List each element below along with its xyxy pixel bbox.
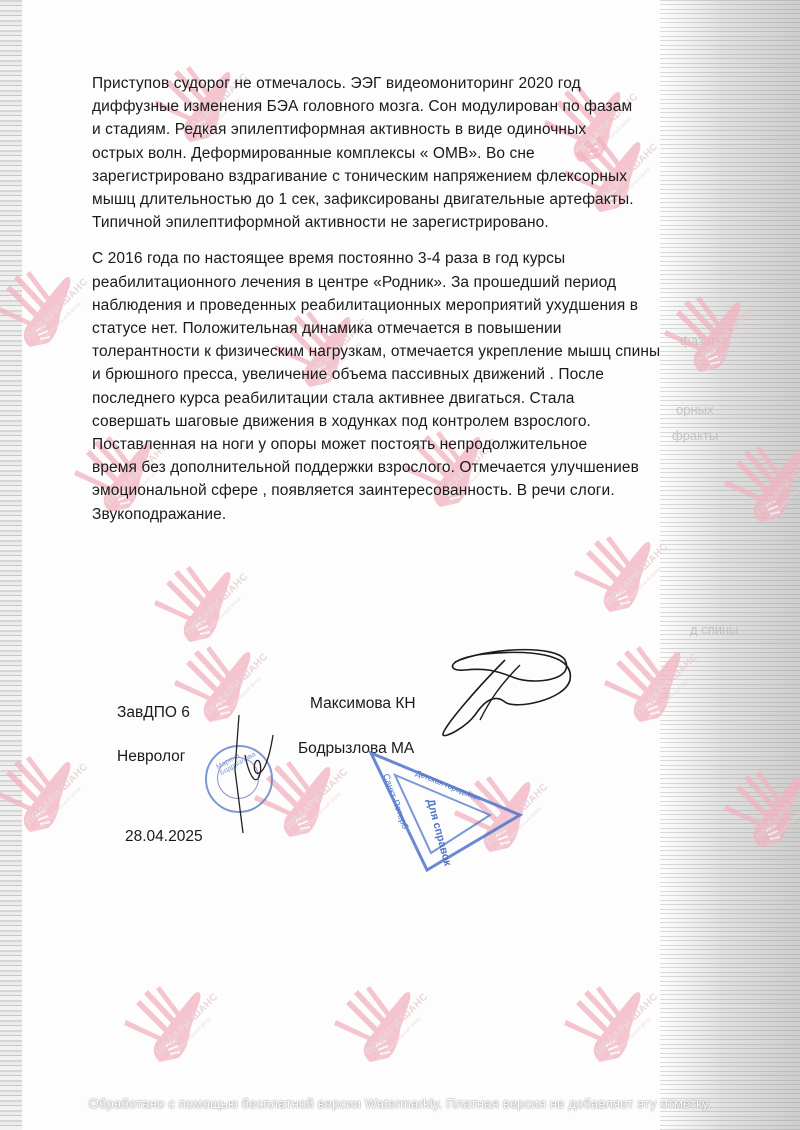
watermark-brand: ПОДАРИ ШАНС [594, 991, 660, 1057]
watermark-sub: благотворительный фонд [36, 301, 82, 347]
watermark-sub: благотворительный фонд [296, 791, 342, 837]
signer-name-1: Максимова КН [310, 695, 416, 713]
signature-stroke-icon [225, 715, 285, 835]
text-line: Звукоподражание. [92, 503, 732, 526]
charity-hand-logo-icon: ПОДАРИ ШАНСблаготворительный фонд [120, 980, 250, 1100]
text-line: мышц длительностью до 1 сек, зафиксирова… [92, 188, 732, 211]
watermark-brand: ПОДАРИ ШАНС [24, 276, 90, 342]
watermark-brand: ПОДАРИ ШАНС [364, 991, 430, 1057]
watermark-brand: ПОДАРИ ШАНС [204, 651, 270, 717]
position-head: ЗавДПО 6 [117, 704, 190, 722]
text-line: и брюшного пресса, увеличение объема пас… [92, 363, 732, 386]
position-neurologist: Невролог [117, 748, 185, 766]
text-line: эмоциональной сфере , появляется заинтер… [92, 479, 732, 502]
svg-text:Для справок: Для справок [424, 798, 454, 868]
text-line: Типичной эпилептиформной активности не з… [92, 211, 732, 234]
text-line: совершать шаговые движения в ходунках по… [92, 410, 732, 433]
watermark-sub: благотворительный фонд [196, 596, 242, 642]
scan-edge-left [0, 0, 22, 1130]
text-line: Поставленная на ноги у опоры может посто… [92, 433, 732, 456]
watermark-brand: ПОДАРИ ШАНС [284, 766, 350, 832]
watermark-notice: Обработано с помощью бесплатной версии W… [0, 1096, 800, 1111]
text-line: Приступов судорог не отмечалось. ЭЭГ вид… [92, 72, 732, 95]
text-line: и стадиям. Редкая эпилептиформная активн… [92, 118, 732, 141]
svg-text:Санкт-Петерб: Санкт-Петерб [381, 772, 410, 830]
watermark-brand: ПОДАРИ ШАНС [184, 571, 250, 637]
watermark-sub: благотворительный фонд [606, 1016, 652, 1062]
text-line: С 2016 года по настоящее время постоянно… [92, 247, 732, 270]
text-line: толерантности к физическим нагрузкам, от… [92, 340, 732, 363]
charity-hand-logo-icon: ПОДАРИ ШАНСблаготворительный фонд [150, 560, 280, 680]
text-line: острых волн. Деформированные комплексы «… [92, 142, 732, 165]
document-date: 28.04.2025 [125, 828, 203, 846]
text-line: зарегистрировано вздрагивание с тоническ… [92, 165, 732, 188]
charity-hand-logo-icon: ПОДАРИ ШАНСблаготворительный фонд [330, 980, 460, 1100]
watermark-sub: благотворительный фонд [616, 566, 662, 612]
watermark-brand: ПОДАРИ ШАНС [24, 761, 90, 827]
text-line: статусе нет. Положительная динамика отме… [92, 317, 732, 340]
document-body: Приступов судорог не отмечалось. ЭЭГ вид… [92, 72, 732, 526]
watermark-sub: благотворительный фонд [376, 1016, 422, 1062]
text-line: реабилитационного лечения в центре «Родн… [92, 271, 732, 294]
ghost-text: д спины [690, 622, 739, 637]
text-line: последнего курса реабилитации стала акти… [92, 387, 732, 410]
signature-icon [425, 640, 585, 740]
paragraph-rehabilitation: С 2016 года по настоящее время постоянно… [92, 247, 732, 525]
text-line: время без дополнительной поддержки взрос… [92, 456, 732, 479]
watermark-sub: благотворительный фонд [166, 1016, 212, 1062]
paragraph-eeg: Приступов судорог не отмечалось. ЭЭГ вид… [92, 72, 732, 234]
text-line: диффузные изменения БЭА головного мозга.… [92, 95, 732, 118]
watermark-brand: ПОДАРИ ШАНС [154, 991, 220, 1057]
text-line: наблюдения и проведенных реабилитационны… [92, 294, 732, 317]
watermark-sub: благотворительный фонд [36, 786, 82, 832]
triangle-stamp: Детская городская Санкт-Петерб Для справ… [365, 745, 525, 875]
